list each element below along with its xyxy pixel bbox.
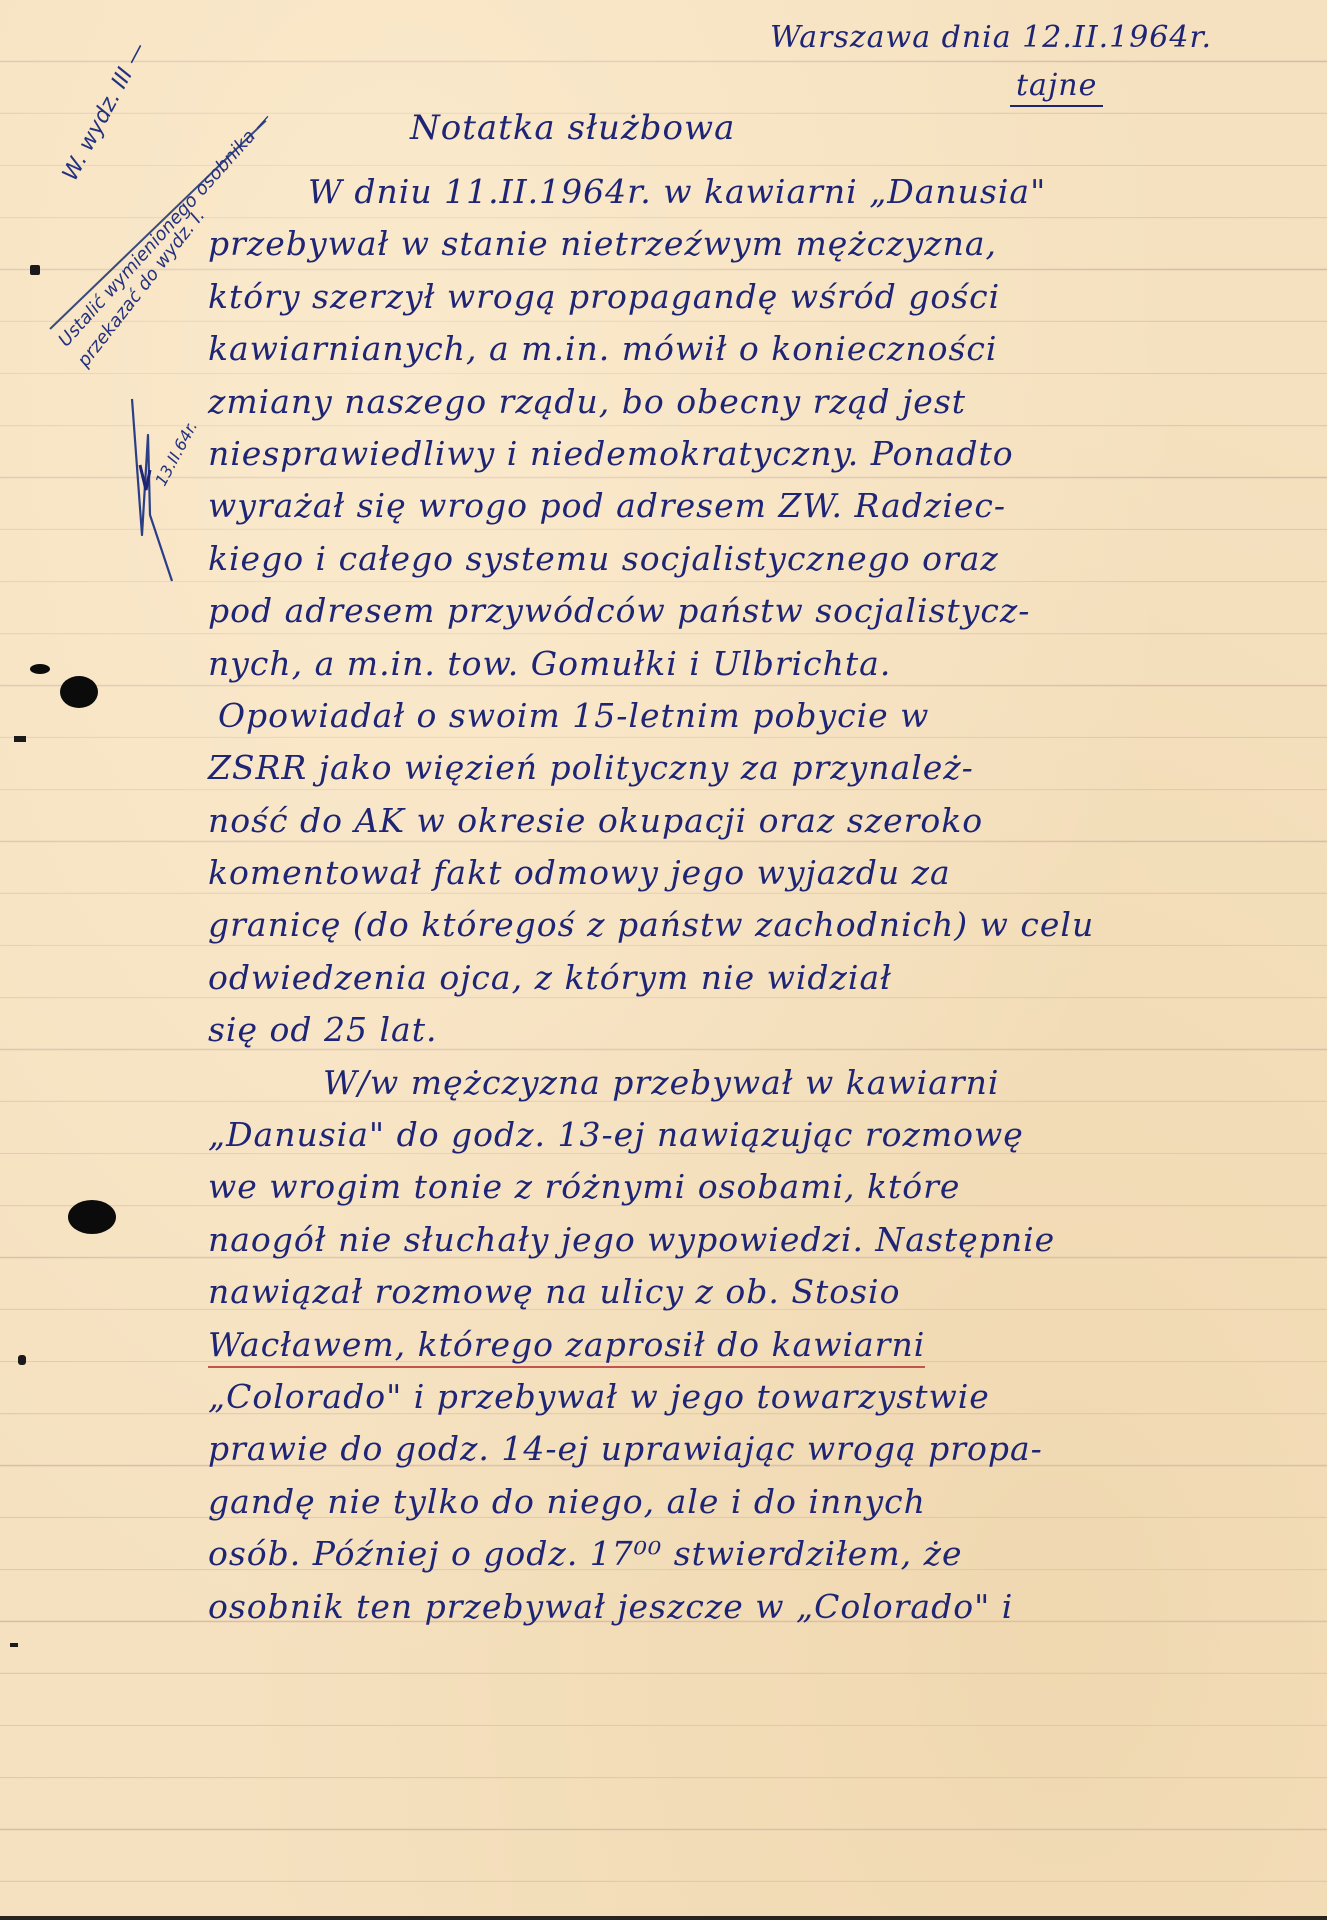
- text-line: odwiedzenia ojca, z którym nie widział: [208, 952, 1298, 1004]
- text-line: przebywał w stanie nietrzeźwym mężczyzna…: [208, 218, 1298, 270]
- text-line: się od 25 lat.: [208, 1004, 1298, 1056]
- text-line: który szerzył wrogą propagandę wśród goś…: [208, 271, 1298, 323]
- document-page: Warszawa dnia 12.II.1964r. tajne Notatka…: [0, 0, 1327, 1920]
- text-line: osób. Później o godz. 17⁰⁰ stwierdziłem,…: [208, 1528, 1298, 1580]
- text-line: W/w mężczyzna przebywał w kawiarni: [208, 1057, 1298, 1109]
- text-line: granicę (do któregoś z państw zachodnich…: [208, 899, 1298, 951]
- text-line: nawiązał rozmowę na ulicy z ob. Stosio: [208, 1266, 1298, 1318]
- document-title: Notatka służbowa: [410, 108, 735, 148]
- speck-icon: [18, 1355, 26, 1365]
- punch-hole-icon: [60, 676, 98, 708]
- text-line: „Colorado" i przebywał w jego towarzystw…: [208, 1371, 1298, 1423]
- text-line: naogół nie słuchały jego wypowiedzi. Nas…: [208, 1214, 1298, 1266]
- text-line: kawiarnianych, a m.in. mówił o konieczno…: [208, 323, 1298, 375]
- text-line-underlined: Wacławem, którego zaprosił do kawiarni: [208, 1319, 1298, 1371]
- body-text: W dniu 11.II.1964r. w kawiarni „Danusia"…: [208, 166, 1298, 1633]
- speck-icon: [10, 1643, 18, 1647]
- text-line: zmiany naszego rządu, bo obecny rząd jes…: [208, 376, 1298, 428]
- text-line: we wrogim tonie z różnymi osobami, które: [208, 1161, 1298, 1213]
- text-line: pod adresem przywódców państw socjalisty…: [208, 585, 1298, 637]
- speck-icon: [30, 265, 40, 275]
- text-line: gandę nie tylko do niego, ale i do innyc…: [208, 1476, 1298, 1528]
- text-line: osobnik ten przebywał jeszcze w „Colorad…: [208, 1581, 1298, 1633]
- signature-icon: [128, 395, 178, 585]
- text-line: niesprawiedliwy i niedemokratyczny. Pona…: [208, 428, 1298, 480]
- text-line: ność do AK w okresie okupacji oraz szero…: [208, 795, 1298, 847]
- red-pencil-underline: Wacławem, którego zaprosił do kawiarni: [208, 1325, 925, 1368]
- page-edge: [0, 1916, 1327, 1920]
- text-line: kiego i całego systemu socjalistycznego …: [208, 533, 1298, 585]
- punch-hole-icon: [68, 1200, 116, 1234]
- text-line: ZSRR jako więzień polityczny za przynale…: [208, 742, 1298, 794]
- text-line: wyrażał się wrogo pod adresem ZW. Radzie…: [208, 480, 1298, 532]
- text-line: W dniu 11.II.1964r. w kawiarni „Danusia": [208, 166, 1298, 218]
- text-line: nych, a m.in. tow. Gomułki i Ulbrichta.: [208, 638, 1298, 690]
- text-line: komentował fakt odmowy jego wyjazdu za: [208, 847, 1298, 899]
- margin-annotation-forward: przekazać do wydz. I.: [73, 205, 209, 371]
- text-line: „Danusia" do godz. 13-ej nawiązując rozm…: [208, 1109, 1298, 1161]
- text-line: Opowiadał o swoim 15-letnim pobycie w: [208, 690, 1298, 742]
- punch-hole-icon: [30, 664, 50, 674]
- speck-icon: [14, 736, 26, 742]
- text-line: prawie do godz. 14-ej uprawiając wrogą p…: [208, 1423, 1298, 1475]
- place-date: Warszawa dnia 12.II.1964r.: [770, 20, 1212, 55]
- classification-stamp: tajne: [1010, 68, 1103, 107]
- margin-annotation-department: W. wydz. III —: [58, 38, 152, 185]
